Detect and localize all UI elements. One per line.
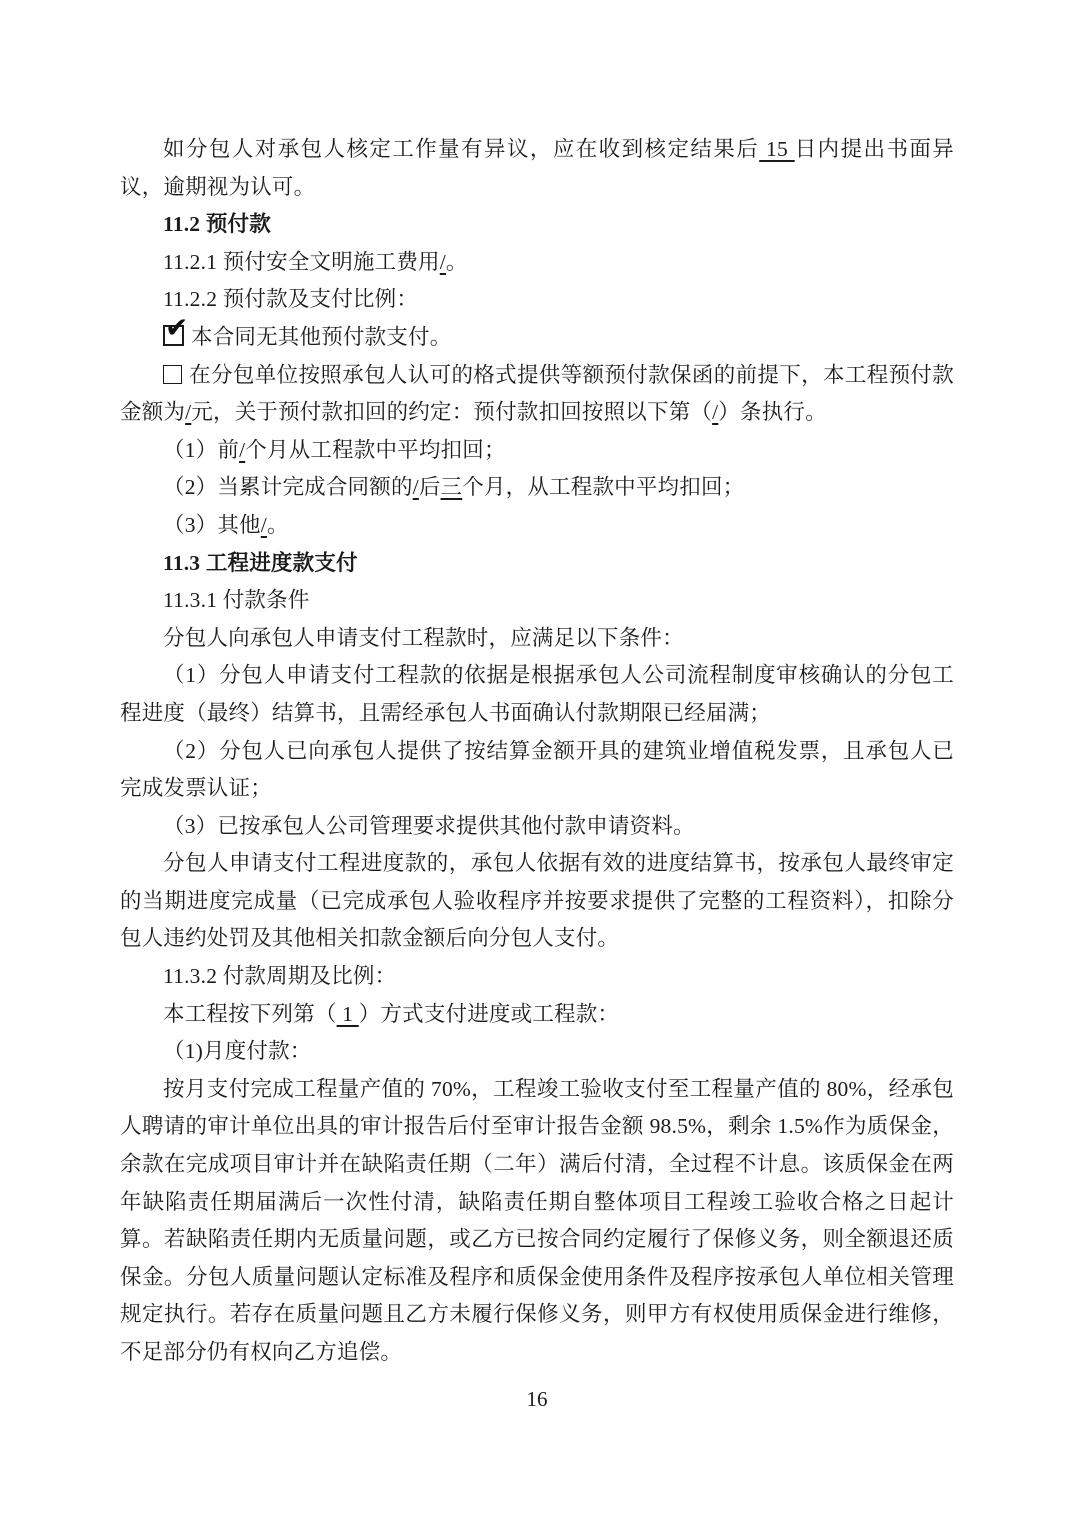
payment-condition-3: （3）已按承包人公司管理要求提供其他付款申请资料。: [120, 808, 954, 846]
text-segment: 个月，从工程款中平均扣回；: [462, 475, 744, 499]
page-number: 16: [120, 1381, 954, 1419]
text-segment: 本合同无其他预付款支付。: [191, 325, 451, 349]
text-segment: 。: [446, 250, 468, 274]
text-segment: 元，关于预付款扣回的约定：预付款扣回按照以下第（: [191, 400, 712, 424]
contract-page: 如分包人对承包人核定工作量有异议，应在收到核定结果后 15 日内提出书面异议，逾…: [0, 0, 1074, 1520]
clause-11-3-2: 11.3.2 付款周期及比例：: [120, 958, 954, 996]
text-segment: 个月从工程款中平均扣回；: [245, 438, 505, 462]
payment-condition-1: （1）分包人申请支付工程款的依据是根据承包人公司流程制度审核确认的分包工程进度（…: [120, 657, 954, 732]
blank-filled-method-1: 1: [337, 1002, 359, 1026]
clause-11-2-2: 11.2.2 预付款及支付比例：: [120, 281, 954, 319]
text-segment: ）条执行。: [718, 400, 827, 424]
progress-payment-basis: 分包人申请支付工程进度款的，承包人依据有效的进度结算书，按承包人最终审定的当期进…: [120, 845, 954, 958]
text-segment: 本工程按下列第（: [163, 1002, 337, 1026]
check-mark-icon: ✔: [165, 314, 189, 342]
text-segment: （3）其他: [163, 513, 261, 537]
text-segment: 后: [419, 475, 441, 499]
heading-11-3-progress-payment: 11.3 工程进度款支付: [120, 545, 954, 583]
deduction-option-1: （1）前/个月从工程款中平均扣回；: [120, 432, 954, 470]
text-segment: （1）前: [163, 438, 239, 462]
payment-condition-2: （2）分包人已向承包人提供了按结算金额开具的建筑业增值税发票，且承包人已完成发票…: [120, 733, 954, 808]
text-segment: 。: [267, 513, 289, 537]
payment-conditions-intro: 分包人向承包人申请支付工程款时，应满足以下条件：: [120, 620, 954, 658]
monthly-payment-terms: 按月支付完成工程量产值的 70%，工程竣工验收支付至工程量产值的 80%，经承包…: [120, 1071, 954, 1372]
deduction-option-2: （2）当累计完成合同额的/后三个月，从工程款中平均扣回；: [120, 469, 954, 507]
heading-11-2-advance-payment: 11.2 预付款: [120, 206, 954, 244]
payment-method-selection: 本工程按下列第（ 1 ）方式支付进度或工程款：: [120, 996, 954, 1034]
clause-workload-objection: 如分包人对承包人核定工作量有异议，应在收到核定结果后 15 日内提出书面异议，逾…: [120, 131, 954, 206]
blank-filled-15-days: 15: [759, 137, 795, 161]
underlined-three-months: 三: [441, 475, 463, 499]
option-no-other-prepayment: ✔本合同无其他预付款支付。: [120, 319, 954, 357]
option-prepayment-with-guarantee: 在分包单位按照承包人认可的格式提供等额预付款保函的前提下，本工程预付款金额为/元…: [120, 357, 954, 432]
monthly-payment-label: （1)月度付款：: [120, 1033, 954, 1071]
clause-11-2-1: 11.2.1 预付安全文明施工费用/。: [120, 244, 954, 282]
checkbox-unchecked-icon: [163, 365, 182, 384]
clause-11-3-1: 11.3.1 付款条件: [120, 582, 954, 620]
text-segment: 11.2.1 预付安全文明施工费用: [163, 250, 440, 274]
deduction-option-3: （3）其他/。: [120, 507, 954, 545]
text-segment: ）方式支付进度或工程款：: [359, 1002, 619, 1026]
text-segment: 如分包人对承包人核定工作量有异议，应在收到核定结果后: [163, 137, 759, 161]
text-segment: （2）当累计完成合同额的: [163, 475, 413, 499]
checkbox-checked-icon: ✔: [163, 325, 184, 346]
